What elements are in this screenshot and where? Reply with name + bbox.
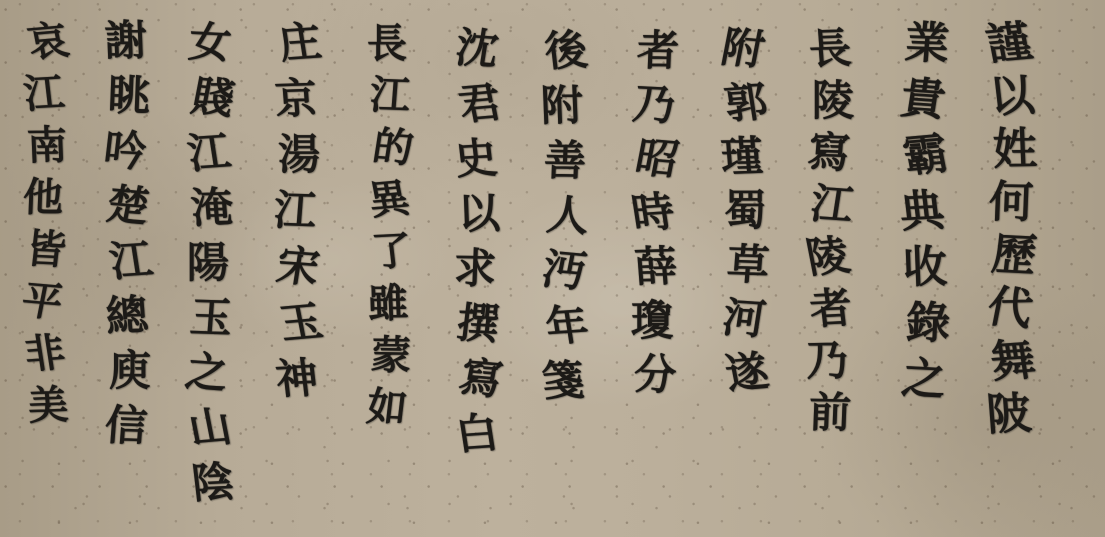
calligraphy-character: 陵 bbox=[803, 234, 853, 279]
calligraphy-column-1: 謹以姓何歷代舞陂 bbox=[990, 22, 1034, 437]
calligraphy-character: 前 bbox=[808, 392, 852, 435]
calligraphy-character: 草 bbox=[725, 243, 770, 286]
calligraphy-character: 江 bbox=[22, 73, 67, 115]
calligraphy-character: 哀 bbox=[24, 21, 72, 64]
calligraphy-column-11: 謝眺吟楚江總庾信 bbox=[107, 20, 149, 447]
calligraphy-column-10: 女賤江淹陽玉之山陰 bbox=[189, 22, 231, 504]
calligraphy-character: 以 bbox=[457, 193, 501, 236]
calligraphy-character: 的 bbox=[370, 127, 416, 169]
calligraphy-character: 江 bbox=[808, 183, 856, 228]
calligraphy-character: 他 bbox=[22, 178, 64, 219]
calligraphy-character: 楚 bbox=[103, 183, 153, 228]
calligraphy-character: 陰 bbox=[190, 461, 237, 505]
calligraphy-character: 了 bbox=[370, 231, 415, 273]
calligraphy-character: 皆 bbox=[24, 229, 69, 271]
calligraphy-column-4: 附郭瑾蜀草河遂 bbox=[724, 28, 766, 394]
calligraphy-character: 賤 bbox=[188, 75, 238, 120]
calligraphy-character: 庾 bbox=[109, 350, 151, 392]
calligraphy-character: 箋 bbox=[540, 359, 585, 402]
calligraphy-column-12: 哀江南他皆平非美 bbox=[25, 22, 65, 426]
calligraphy-character: 善 bbox=[543, 140, 587, 183]
calligraphy-character: 白 bbox=[453, 412, 501, 457]
calligraphy-character: 淹 bbox=[189, 186, 234, 229]
calligraphy-character: 沔 bbox=[539, 248, 589, 293]
calligraphy-character: 平 bbox=[18, 281, 66, 324]
calligraphy-character: 江 bbox=[272, 189, 317, 232]
calligraphy-character: 姓 bbox=[992, 128, 1038, 173]
calligraphy-character: 江 bbox=[185, 131, 233, 176]
calligraphy-character: 南 bbox=[26, 126, 68, 167]
calligraphy-character: 何 bbox=[988, 181, 1034, 226]
calligraphy-column-9: 庄京湯江宋玉神 bbox=[277, 22, 319, 400]
calligraphy-character: 之 bbox=[183, 351, 231, 396]
calligraphy-character: 湯 bbox=[278, 134, 320, 176]
calligraphy-character: 陽 bbox=[187, 242, 229, 284]
calligraphy-column-7: 沈君史以求撰寫白 bbox=[457, 28, 499, 455]
calligraphy-character: 陂 bbox=[985, 392, 1032, 437]
calligraphy-character: 以 bbox=[987, 74, 1036, 120]
calligraphy-character: 年 bbox=[543, 304, 591, 349]
calligraphy-character: 江 bbox=[368, 75, 411, 116]
calligraphy-character: 總 bbox=[104, 294, 149, 337]
calligraphy-character: 美 bbox=[26, 385, 69, 426]
calligraphy-character: 異 bbox=[365, 179, 413, 222]
calligraphy-character: 者 bbox=[636, 30, 680, 73]
calligraphy-character: 非 bbox=[22, 333, 68, 375]
calligraphy-character: 河 bbox=[720, 297, 768, 342]
calligraphy-character: 歷 bbox=[989, 233, 1038, 279]
calligraphy-character: 信 bbox=[103, 404, 148, 447]
calligraphy-character: 乃 bbox=[805, 340, 849, 383]
calligraphy-character: 撰 bbox=[455, 302, 502, 346]
calligraphy-character: 人 bbox=[545, 194, 592, 238]
calligraphy-character: 附 bbox=[718, 26, 768, 71]
calligraphy-character: 求 bbox=[453, 248, 497, 291]
calligraphy-character: 君 bbox=[455, 81, 505, 126]
calligraphy-character: 宋 bbox=[274, 245, 322, 290]
calligraphy-character: 如 bbox=[365, 387, 410, 429]
calligraphy-character: 寫 bbox=[456, 356, 506, 401]
calligraphy-character: 庄 bbox=[276, 21, 324, 66]
calligraphy-character: 遂 bbox=[722, 350, 772, 395]
calligraphy-character: 時 bbox=[629, 191, 677, 236]
calligraphy-character: 業 bbox=[903, 21, 950, 66]
calligraphy-character: 謹 bbox=[983, 20, 1035, 67]
calligraphy-character: 薛 bbox=[633, 245, 678, 288]
calligraphy-scroll: 謹以姓何歷代舞陂業貴霸典收錄之長陵寫江陵者乃前附郭瑾蜀草河遂者乃昭時薛瓊分後附善… bbox=[0, 0, 1105, 537]
calligraphy-character: 附 bbox=[540, 85, 584, 128]
calligraphy-character: 京 bbox=[273, 77, 318, 120]
calligraphy-character: 分 bbox=[632, 353, 677, 396]
calligraphy-character: 女 bbox=[187, 21, 234, 65]
calligraphy-character: 瓊 bbox=[631, 300, 673, 342]
calligraphy-character: 沈 bbox=[453, 27, 501, 72]
calligraphy-character: 之 bbox=[899, 357, 948, 403]
calligraphy-character: 典 bbox=[897, 189, 946, 235]
calligraphy-character: 後 bbox=[543, 29, 590, 73]
calligraphy-character: 昭 bbox=[632, 136, 682, 181]
calligraphy-character: 寫 bbox=[806, 131, 851, 174]
calligraphy-column-5: 者乃昭時薛瓊分 bbox=[634, 30, 676, 396]
calligraphy-character: 蒙 bbox=[370, 336, 412, 377]
calligraphy-character: 長 bbox=[807, 27, 852, 70]
calligraphy-column-2: 業貴霸典收錄之 bbox=[903, 22, 947, 402]
calligraphy-character: 雖 bbox=[367, 284, 409, 325]
calligraphy-character: 江 bbox=[107, 239, 155, 284]
calligraphy-character: 史 bbox=[453, 137, 500, 181]
calligraphy-character: 錄 bbox=[905, 302, 951, 347]
calligraphy-character: 霸 bbox=[900, 132, 952, 179]
calligraphy-character: 蜀 bbox=[724, 190, 766, 232]
calligraphy-column-8: 長江的異了雖蒙如 bbox=[370, 24, 410, 428]
calligraphy-column-3: 長陵寫江陵者乃前 bbox=[809, 28, 851, 434]
calligraphy-character: 玉 bbox=[276, 300, 326, 345]
calligraphy-character: 謝 bbox=[104, 20, 148, 63]
calligraphy-character: 吟 bbox=[102, 129, 149, 173]
calligraphy-column-6: 後附善人沔年箋 bbox=[544, 30, 586, 402]
calligraphy-character: 代 bbox=[984, 285, 1036, 332]
calligraphy-character: 瑾 bbox=[719, 135, 764, 178]
calligraphy-character: 乃 bbox=[631, 83, 678, 127]
calligraphy-character: 陵 bbox=[812, 80, 854, 122]
calligraphy-character: 者 bbox=[808, 287, 855, 331]
calligraphy-character: 貴 bbox=[898, 77, 949, 124]
calligraphy-character: 舞 bbox=[988, 339, 1039, 386]
calligraphy-character: 神 bbox=[274, 357, 321, 401]
calligraphy-character: 收 bbox=[902, 246, 948, 291]
calligraphy-character: 玉 bbox=[188, 296, 233, 339]
calligraphy-character: 長 bbox=[367, 24, 407, 64]
calligraphy-character: 山 bbox=[185, 405, 235, 450]
calligraphy-character: 郭 bbox=[722, 81, 770, 126]
calligraphy-character: 眺 bbox=[107, 75, 151, 118]
